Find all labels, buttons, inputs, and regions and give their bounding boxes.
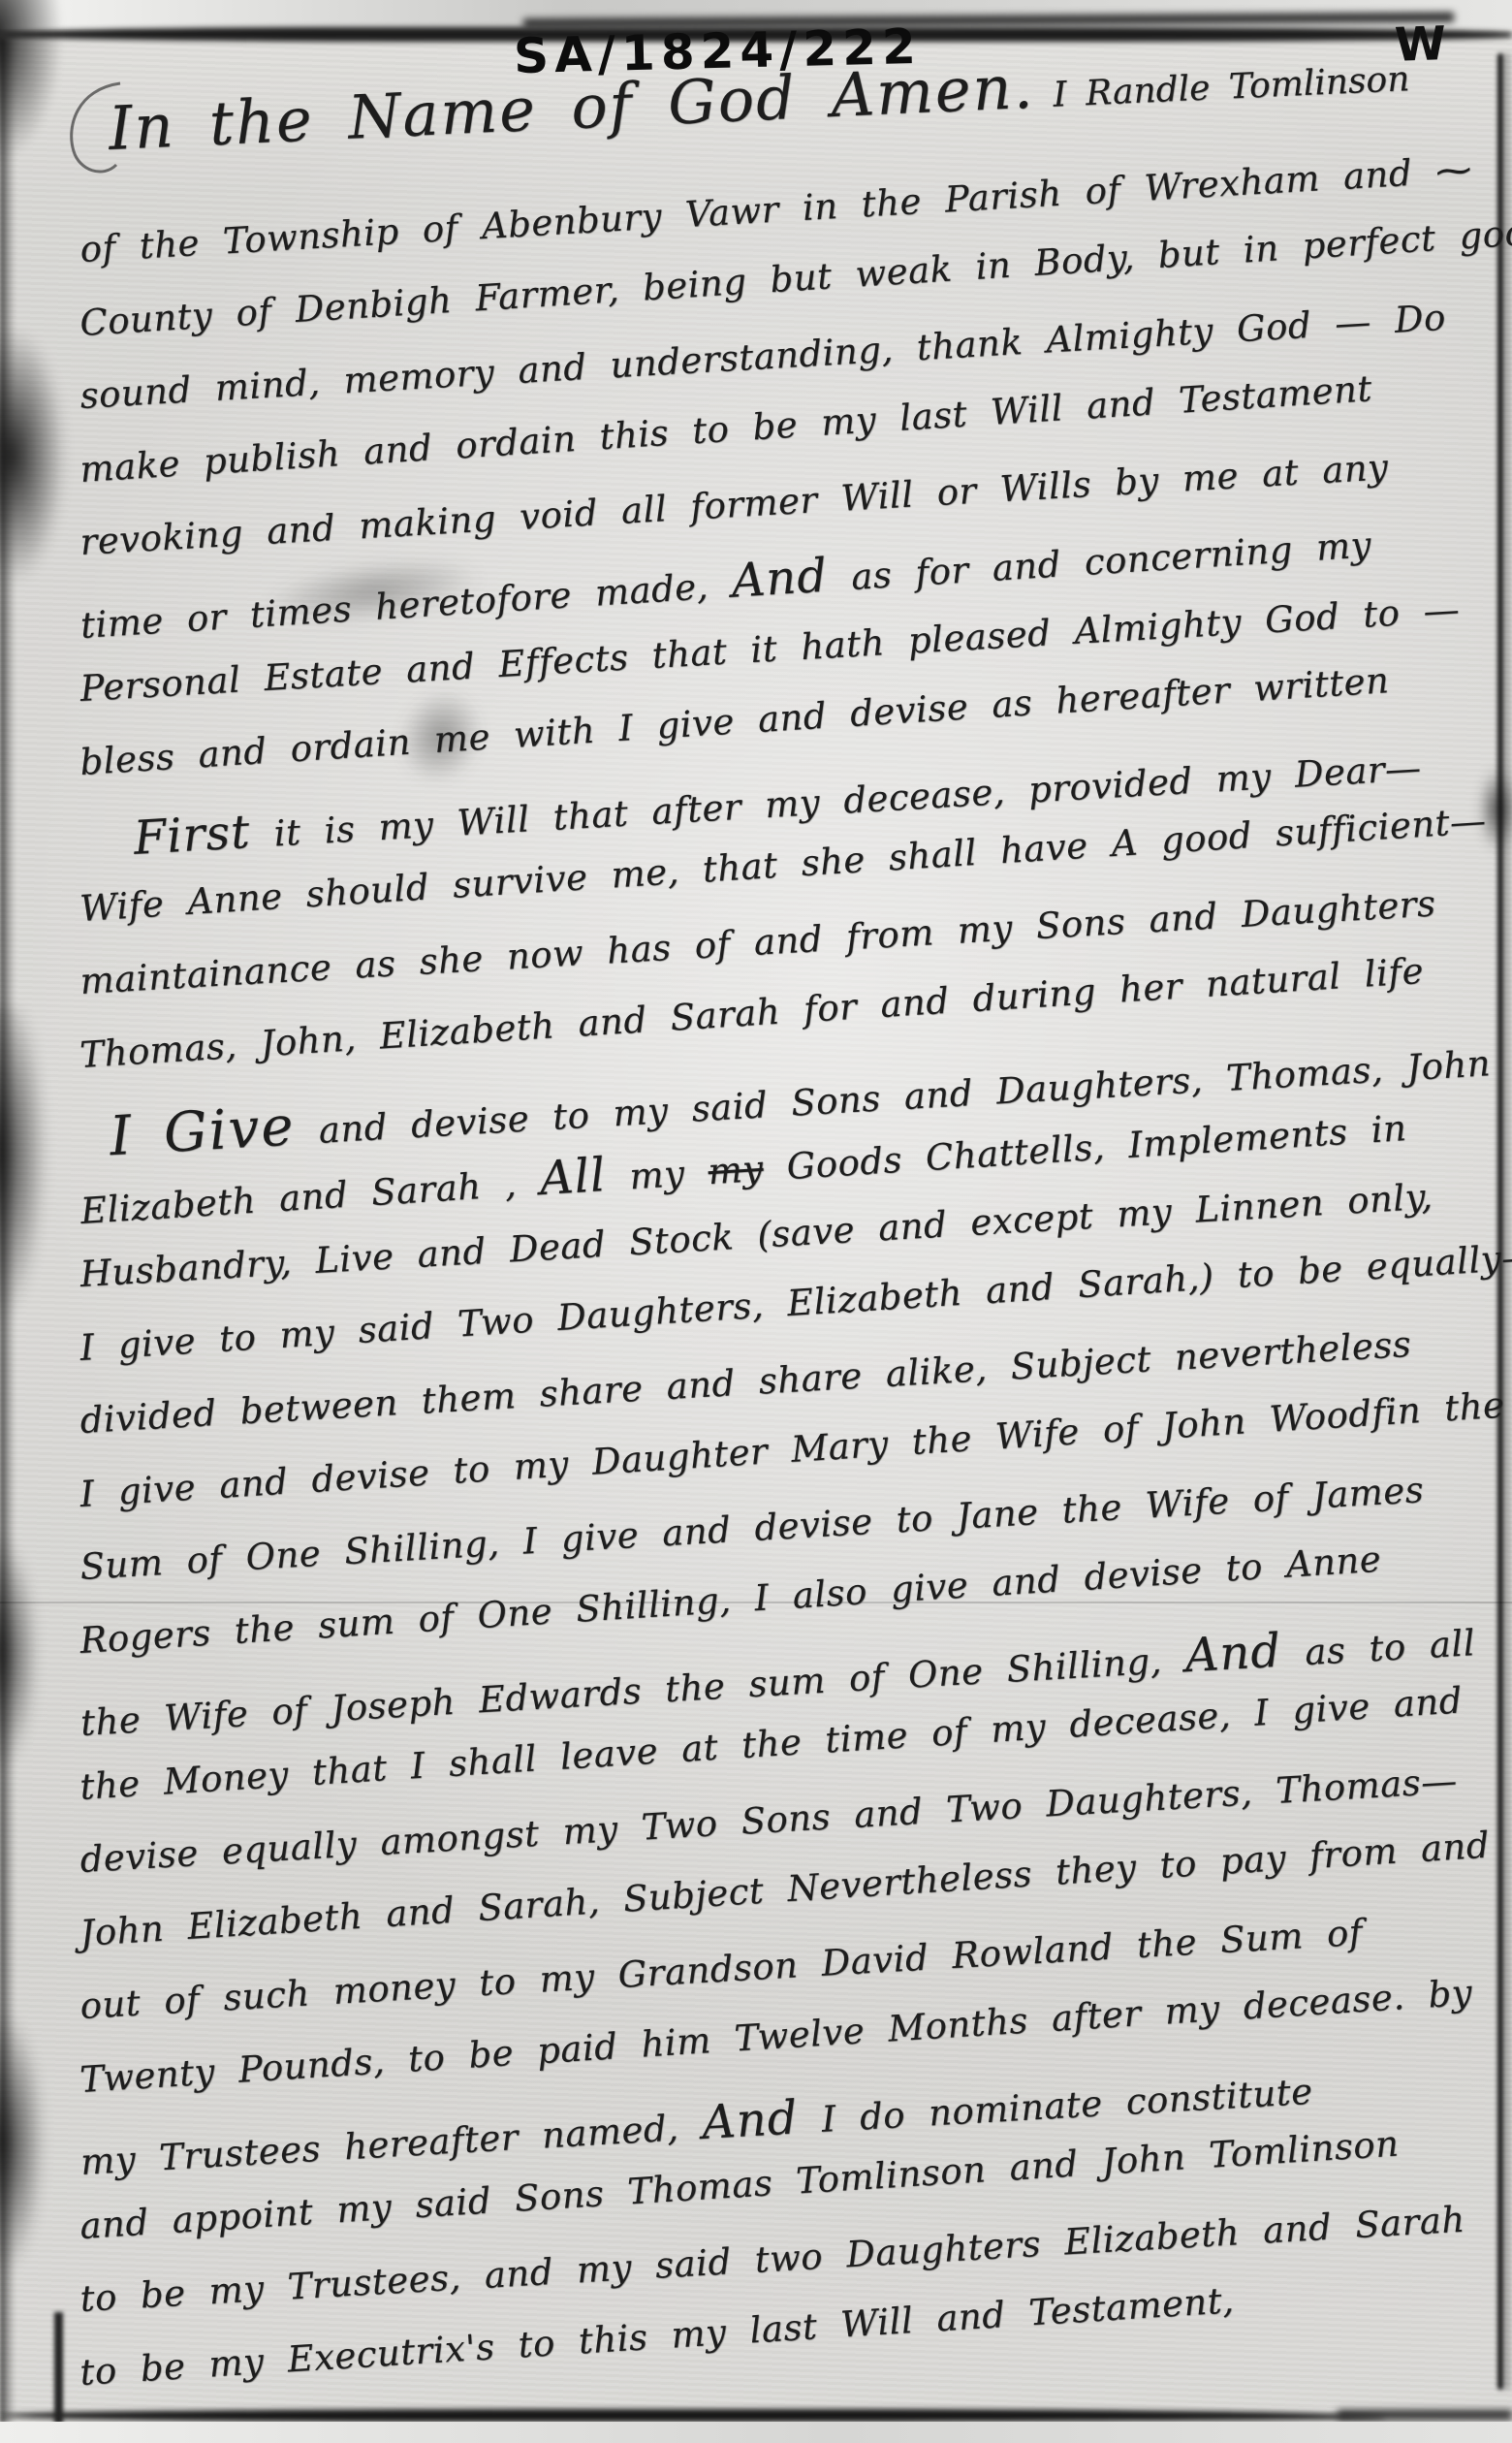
manuscript-text-segment: All <box>538 1147 608 1205</box>
testator-name: I Randle Tomlinson <box>1053 59 1411 115</box>
ink-stain <box>0 2007 46 2278</box>
manuscript-text-segment: as to all <box>1280 1622 1476 1674</box>
manuscript-text-segment: my <box>707 1147 765 1191</box>
bottom-left-fold-line <box>54 2312 63 2424</box>
manuscript-lines: of the Township of Abenbury Vawr in the … <box>81 229 1512 2425</box>
scanned-will-page: SA/1824/222 W In the Name of God Amen. I… <box>0 0 1512 2443</box>
ink-stain <box>0 1008 47 1328</box>
manuscript-text-segment: I Give <box>108 1095 297 1168</box>
manuscript-text-segment: And <box>730 548 830 608</box>
manuscript-text-segment: my <box>605 1151 709 1199</box>
manuscript-text-segment: First <box>132 805 252 866</box>
scan-bottom-margin <box>0 2422 1512 2443</box>
ink-stain <box>0 330 65 582</box>
manuscript-text-segment: And <box>701 2090 800 2150</box>
manuscript-text-segment: And <box>1183 1624 1282 1684</box>
ink-stain <box>0 1532 39 1774</box>
